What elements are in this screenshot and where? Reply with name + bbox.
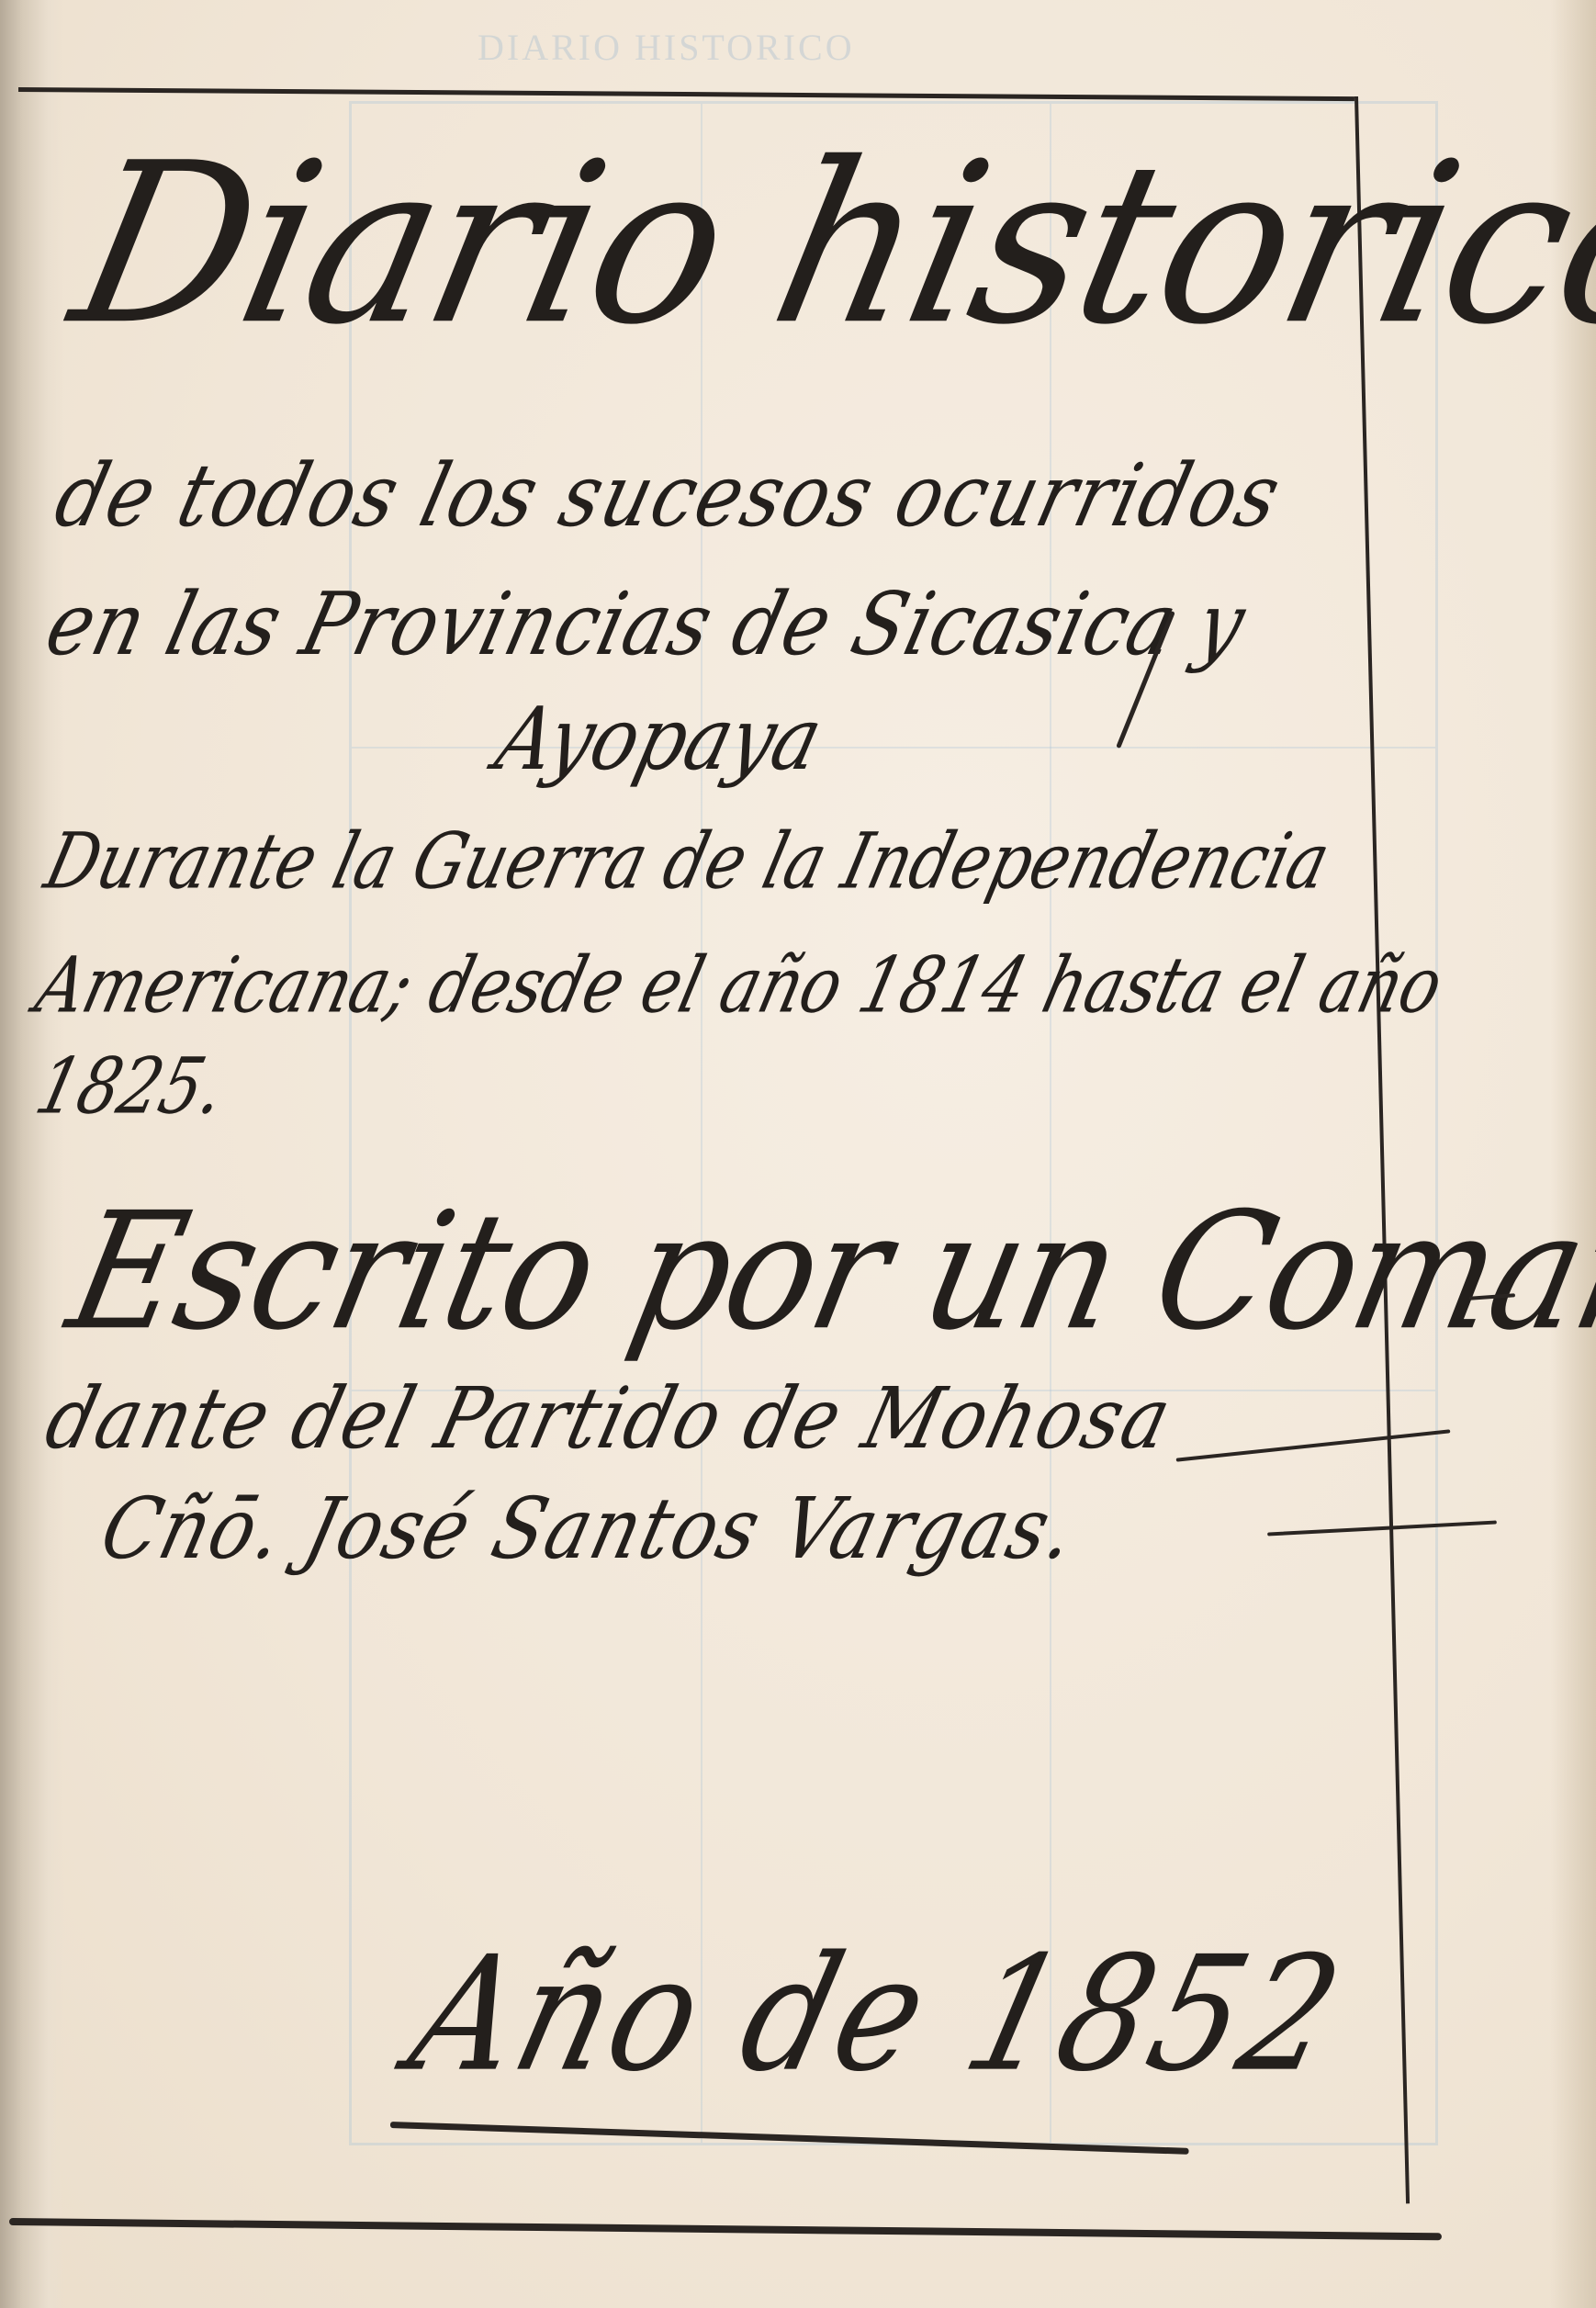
page-title: Diario historico	[55, 117, 1596, 374]
author-line: dante del Partido de Mohosa	[37, 1369, 1182, 1468]
bleed-through-map-frame	[349, 101, 1438, 2145]
author-heading: Escrito por un Coman-	[55, 1177, 1596, 1366]
bleed-grid-line	[701, 104, 702, 2143]
book-gutter-shadow	[0, 0, 64, 2308]
date-line: Año de 1852	[395, 1923, 1360, 2107]
author-name: Cñō. José Santos Vargas.	[92, 1480, 1086, 1578]
subtitle-line: 1825.	[28, 1041, 234, 1131]
subtitle-line: en las Provincias de Sicasica y	[37, 575, 1255, 675]
border-line-bottom	[9, 2218, 1442, 2240]
bleed-grid-line	[1050, 104, 1051, 2143]
subtitle-line: de todos los sucesos ocurridos	[46, 446, 1291, 546]
bleed-through-header: DIARIO HISTORICO	[478, 26, 855, 69]
subtitle-line: Ayopaya	[487, 690, 831, 790]
manuscript-page: DIARIO HISTORICO Diario historico de tod…	[0, 0, 1596, 2308]
border-line-top	[18, 87, 1354, 101]
subtitle-line: Americana; desde el año 1814 hasta el añ…	[28, 940, 1452, 1030]
subtitle-line: Durante la Guerra de la Independencia	[37, 816, 1338, 906]
